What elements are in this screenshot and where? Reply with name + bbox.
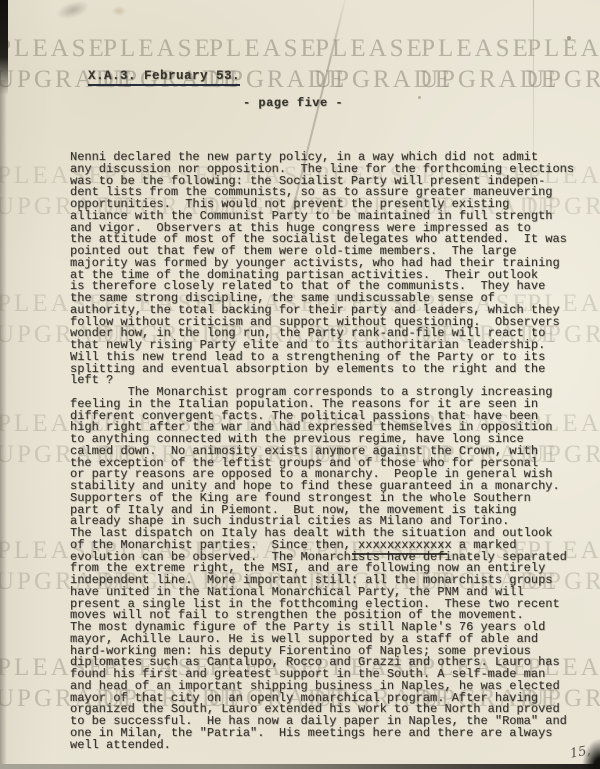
body-text: Nenni declared the new party policy, in … [70, 152, 574, 751]
ink-speck [567, 36, 571, 40]
paper-stain [112, 6, 126, 16]
scan-edge-bottom [0, 764, 600, 769]
page-number-label: - page five - [243, 96, 343, 110]
scan-edge-left-shadow [0, 80, 7, 769]
strikethrough-mark [352, 553, 447, 555]
ink-speck [418, 96, 421, 99]
scanned-document: PLEASEUPGRADEPLEASEUPGRADEPLEASEUPGRADEP… [0, 0, 600, 769]
document-reference: X.A.3. February 53. [88, 69, 240, 86]
